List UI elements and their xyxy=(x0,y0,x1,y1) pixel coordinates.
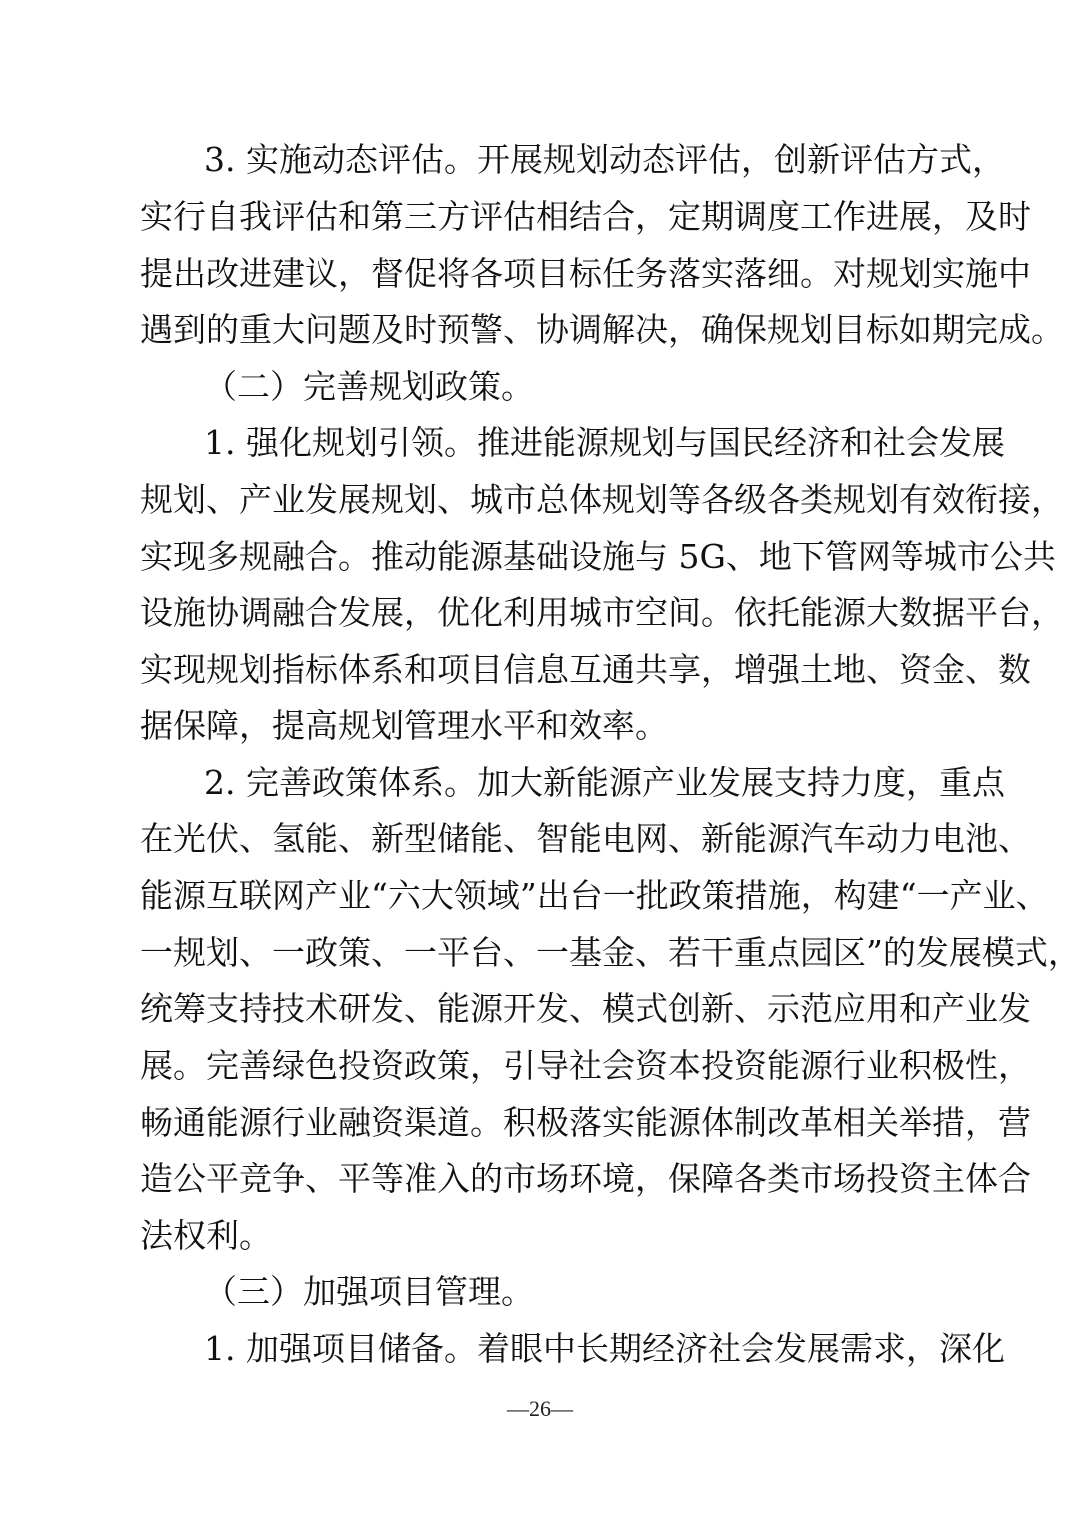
paragraph-line: 畅通能源行业融资渠道。积极落实能源体制改革相关举措，营 xyxy=(140,1103,922,1143)
paragraph-line: 实现多规融合。推动能源基础设施与 5G、地下管网等城市公共 xyxy=(140,537,922,577)
paragraph-line: 3. 实施动态评估。开展规划动态评估，创新评估方式， xyxy=(204,140,922,180)
paragraph-line: 统筹支持技术研发、能源开发、模式创新、示范应用和产业发 xyxy=(140,989,922,1029)
paragraph-line: 能源互联网产业“六大领域”出台一批政策措施，构建“一产业、 xyxy=(140,876,922,916)
section-heading: （三）加强项目管理。 xyxy=(204,1272,922,1312)
paragraph-line: 2. 完善政策体系。加大新能源产业发展支持力度，重点 xyxy=(204,763,922,803)
paragraph-line: 1. 加强项目储备。着眼中长期经济社会发展需求，深化 xyxy=(204,1329,922,1369)
paragraph-line: 展。完善绿色投资政策，引导社会资本投资能源行业积极性， xyxy=(140,1046,922,1086)
document-page: 3. 实施动态评估。开展规划动态评估，创新评估方式， 实行自我评估和第三方评估相… xyxy=(0,0,1080,1527)
paragraph-line: 据保障，提高规划管理水平和效率。 xyxy=(140,706,922,746)
section-heading: （二）完善规划政策。 xyxy=(204,367,922,407)
paragraph-line: 在光伏、氢能、新型储能、智能电网、新能源汽车动力电池、 xyxy=(140,819,922,859)
page-number: —26— xyxy=(0,1396,1080,1422)
paragraph-line: 1. 强化规划引领。推进能源规划与国民经济和社会发展 xyxy=(204,423,922,463)
paragraph-line: 规划、产业发展规划、城市总体规划等各级各类规划有效衔接， xyxy=(140,480,922,520)
paragraph-line: 提出改进建议，督促将各项目标任务落实落细。对规划实施中 xyxy=(140,254,922,294)
paragraph-line: 一规划、一政策、一平台、一基金、若干重点园区”的发展模式， xyxy=(140,933,922,973)
paragraph-line: 遇到的重大问题及时预警、协调解决，确保规划目标如期完成。 xyxy=(140,310,922,350)
paragraph-line: 造公平竞争、平等准入的市场环境，保障各类市场投资主体合 xyxy=(140,1159,922,1199)
paragraph-line: 实现规划指标体系和项目信息互通共享，增强土地、资金、数 xyxy=(140,650,922,690)
paragraph-line: 实行自我评估和第三方评估相结合，定期调度工作进展，及时 xyxy=(140,197,922,237)
paragraph-line: 设施协调融合发展，优化利用城市空间。依托能源大数据平台， xyxy=(140,593,922,633)
paragraph-line: 法权利。 xyxy=(140,1216,922,1256)
